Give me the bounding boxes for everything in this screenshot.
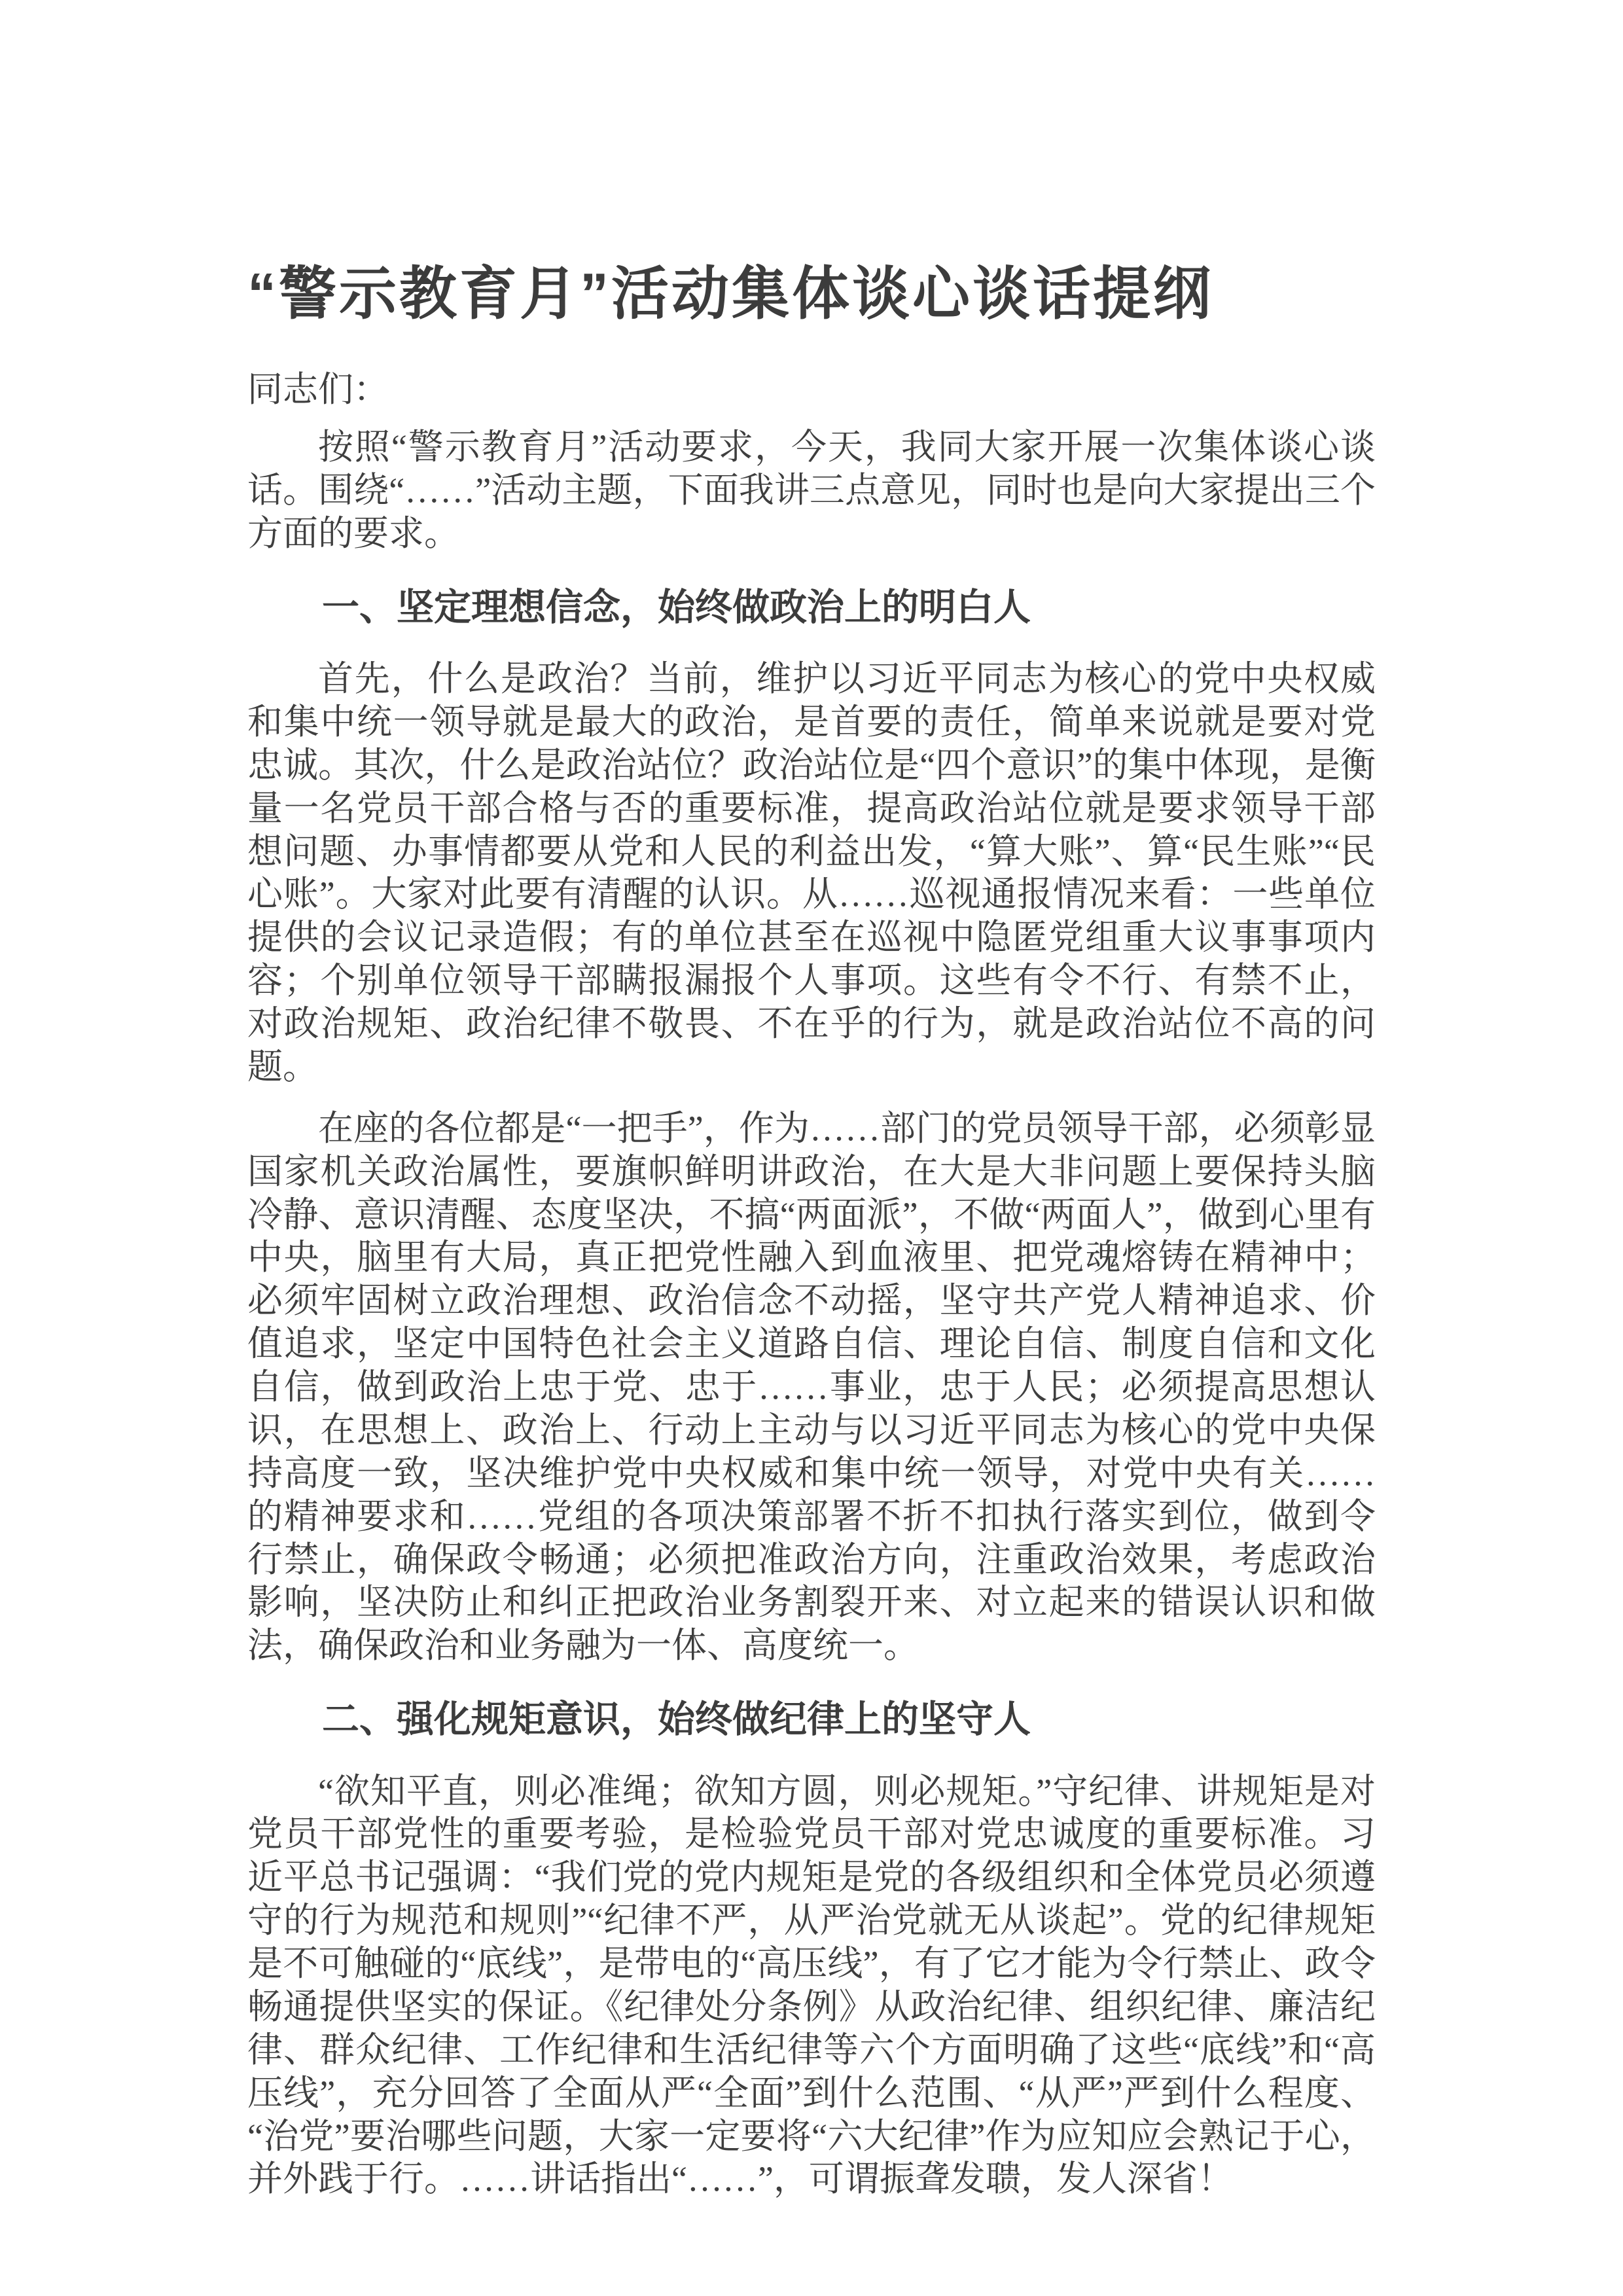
intro-paragraph: 按照“警示教育月”活动要求，今天，我同大家开展一次集体谈心谈话。围绕“……”活动…	[247, 426, 1376, 556]
section-2-heading: 二、强化规矩意识，始终做纪律上的坚守人	[247, 1698, 1376, 1742]
document-title: “警示教育月”活动集体谈心谈话提纲	[247, 260, 1376, 327]
document-page: “警示教育月”活动集体谈心谈话提纲 同志们： 按照“警示教育月”活动要求，今天，…	[0, 0, 1623, 2296]
document-page-background: { "colors": { "background": "#ffffff", "…	[0, 0, 1623, 2296]
section-2-paragraph-1: “欲知平直，则必准绳；欲知方圆，则必规矩。”守纪律、讲规矩是对党员干部党性的重要…	[247, 1770, 1376, 2202]
section-1-paragraph-1: 首先，什么是政治？当前，维护以习近平同志为核心的党中央权威和集中统一领导就是最大…	[247, 658, 1376, 1089]
section-1-heading: 一、坚定理想信念，始终做政治上的明白人	[247, 586, 1376, 630]
document-content: “警示教育月”活动集体谈心谈话提纲 同志们： 按照“警示教育月”活动要求，今天，…	[247, 260, 1376, 2219]
salutation-line: 同志们：	[247, 368, 1376, 412]
section-1-paragraph-2: 在座的各位都是“一把手”，作为……部门的党员领导干部，必须彰显国家机关政治属性，…	[247, 1107, 1376, 1668]
